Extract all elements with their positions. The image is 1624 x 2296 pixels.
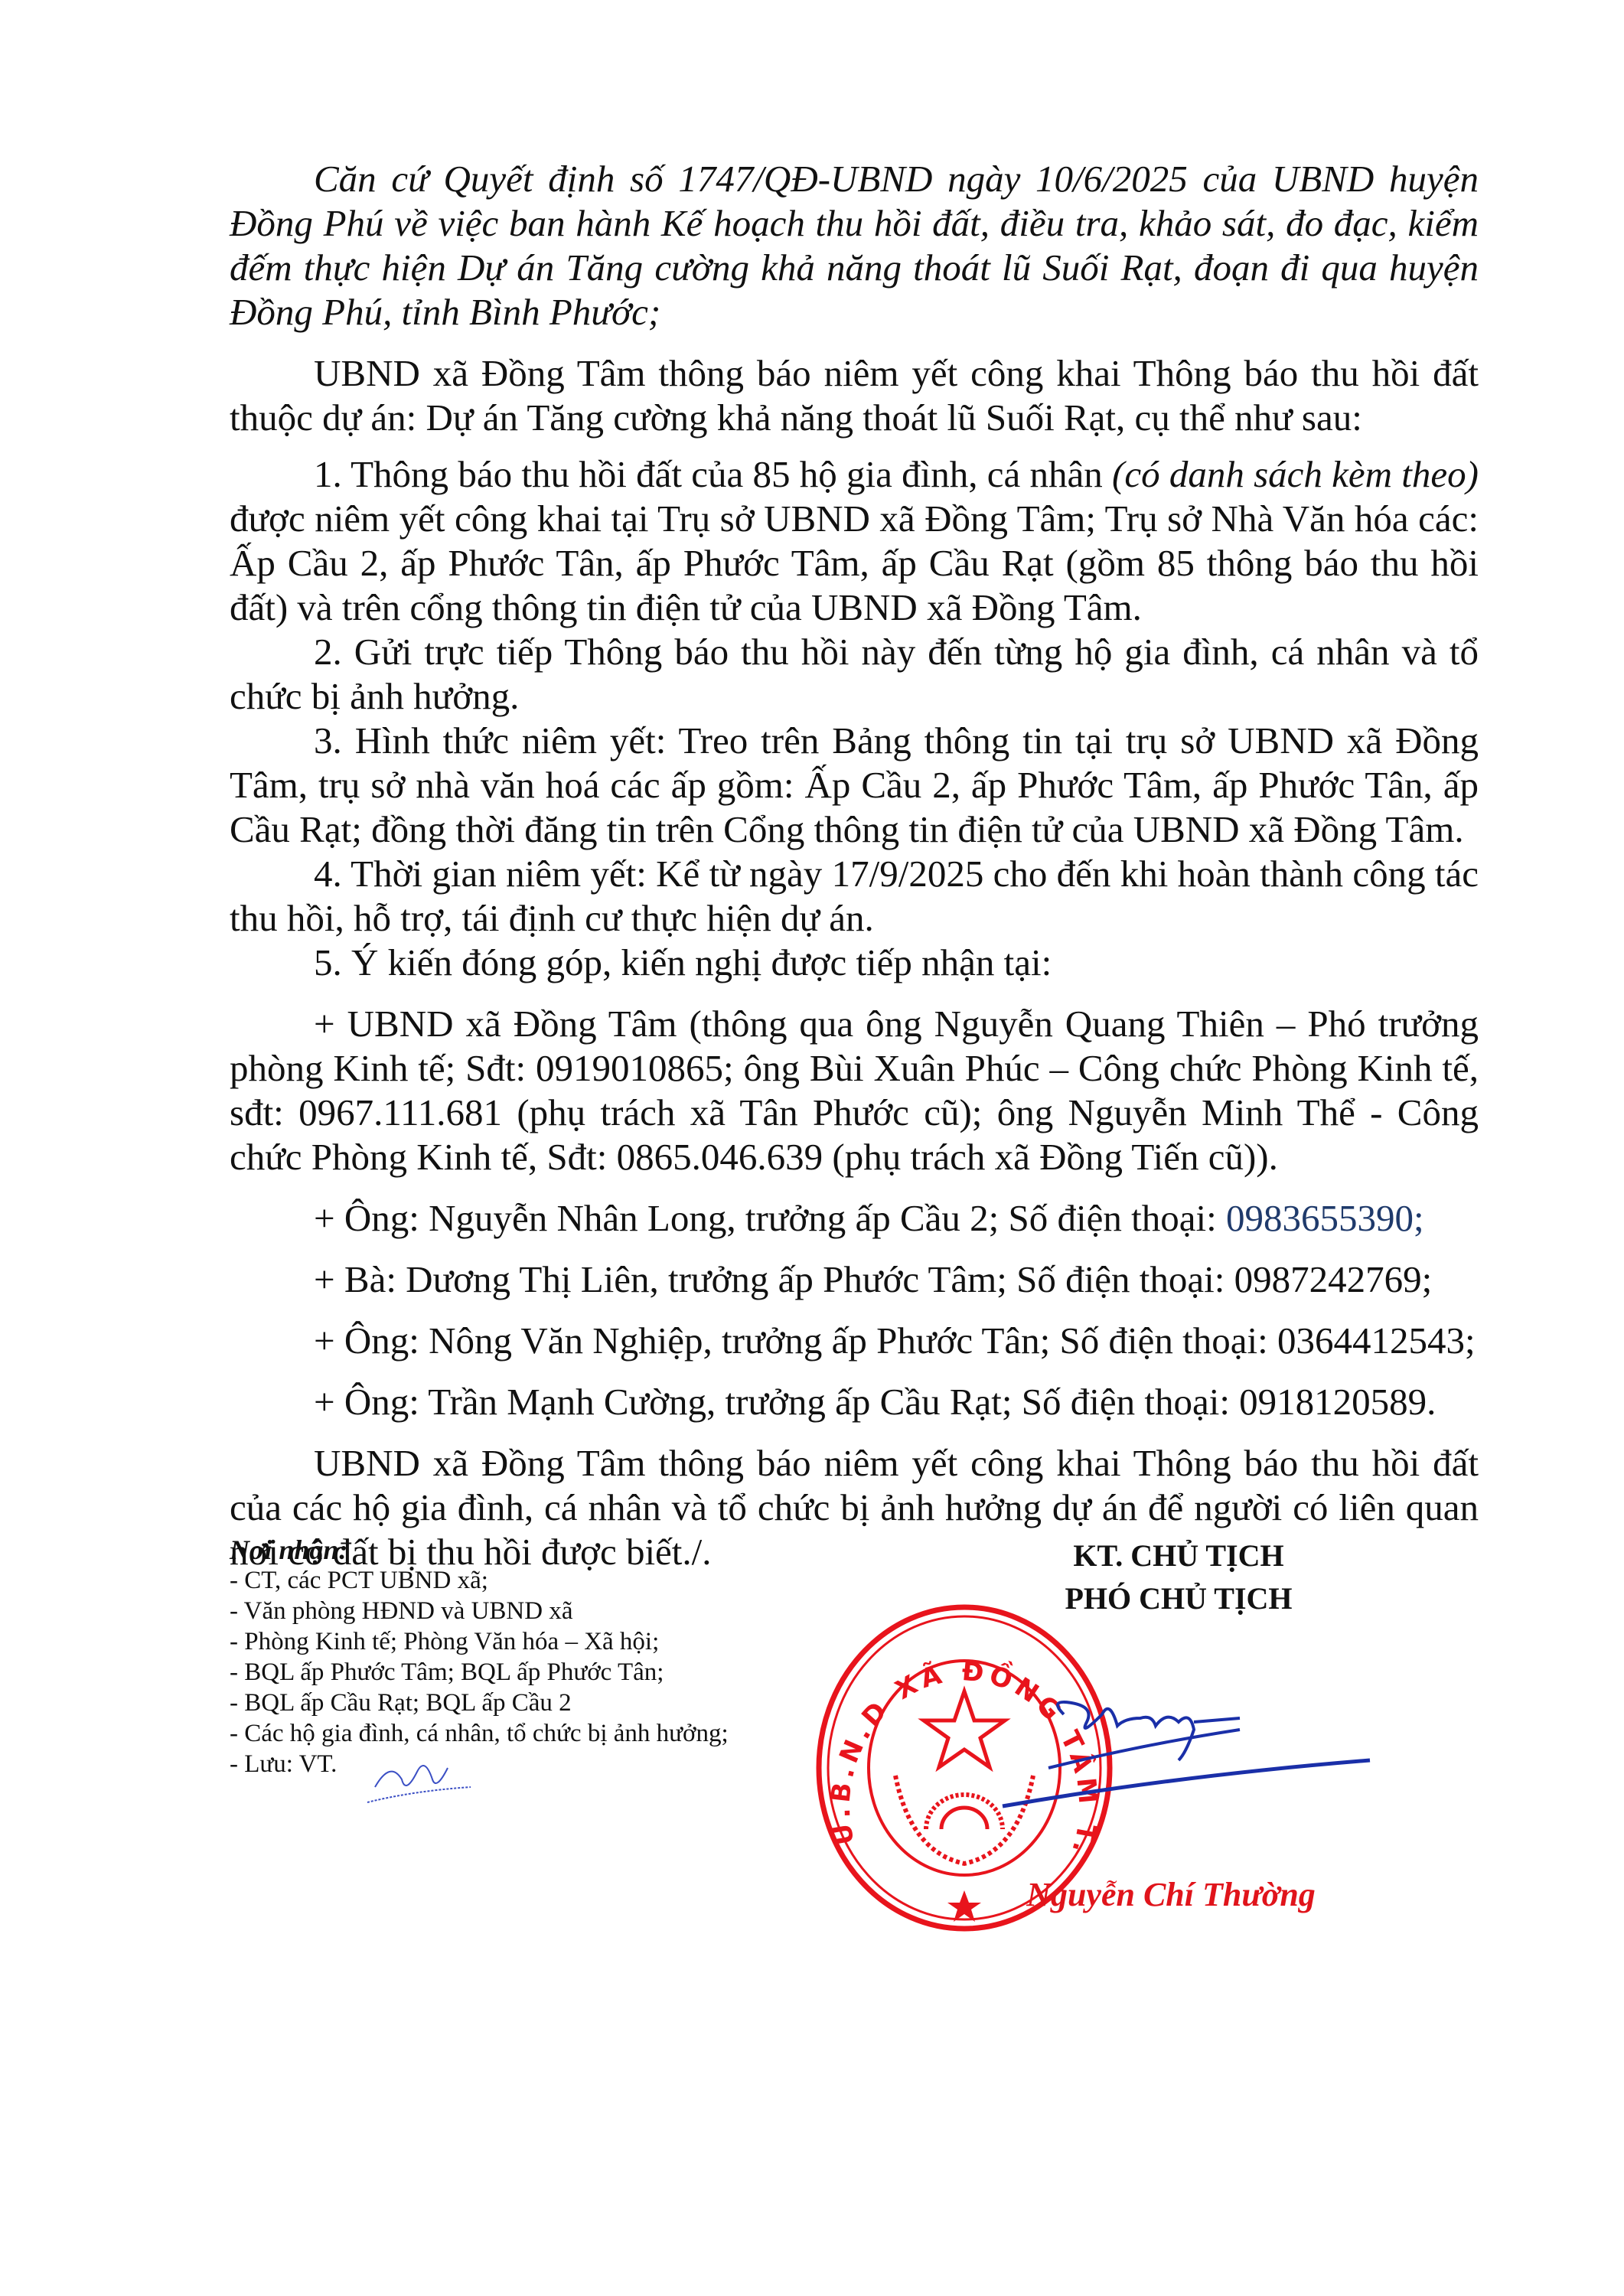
signer-name: Nguyễn Chí Thường: [957, 1875, 1385, 1914]
recipient-item: - Phòng Kinh tế; Phòng Văn hóa – Xã hội;: [230, 1626, 857, 1657]
recipient-item: - CT, các PCT UBND xã;: [230, 1565, 857, 1596]
contact-cau-2: + Ông: Nguyễn Nhân Long, trưởng ấp Cầu 2…: [230, 1196, 1479, 1241]
contact-phuoc-tan: + Ông: Nông Văn Nghiệp, trưởng ấp Phước …: [230, 1319, 1479, 1363]
item-1: 1. Thông báo thu hồi đất của 85 hộ gia đ…: [230, 452, 1479, 630]
phone-link: 0983655390;: [1226, 1197, 1424, 1239]
recipient-item: - BQL ấp Cầu Rạt; BQL ấp Cầu 2: [230, 1688, 857, 1718]
recipients-block: Nơi nhận: - CT, các PCT UBND xã; - Văn p…: [230, 1534, 857, 1779]
contact-ubnd: + UBND xã Đồng Tâm (thông qua ông Nguyễn…: [230, 1002, 1479, 1179]
recipient-item: - Văn phòng HĐND và UBND xã: [230, 1596, 857, 1626]
preamble-paragraph: Căn cứ Quyết định số 1747/QĐ-UBND ngày 1…: [230, 157, 1479, 334]
recipient-item: - BQL ấp Phước Tâm; BQL ấp Phước Tân;: [230, 1657, 857, 1688]
intro-paragraph: UBND xã Đồng Tâm thông báo niêm yết công…: [230, 351, 1479, 440]
recipient-item: - Các hộ gia đình, cá nhân, tổ chức bị ả…: [230, 1718, 857, 1749]
contact-cau-rat: + Ông: Trần Mạnh Cường, trưởng ấp Cầu Rạ…: [230, 1380, 1479, 1424]
initials-signature-icon: [360, 1756, 474, 1810]
recipient-item: - Lưu: VT.: [230, 1749, 857, 1779]
document-body: Căn cứ Quyết định số 1747/QĐ-UBND ngày 1…: [230, 157, 1479, 1574]
item-5: 5. Ý kiến đóng góp, kiến nghị được tiếp …: [230, 941, 1479, 985]
item-4: 4. Thời gian niêm yết: Kể từ ngày 17/9/2…: [230, 852, 1479, 941]
handwritten-signature-icon: [987, 1684, 1385, 1814]
item-2: 2. Gửi trực tiếp Thông báo thu hồi này đ…: [230, 630, 1479, 719]
recipients-title: Nơi nhận:: [230, 1534, 857, 1565]
item-3: 3. Hình thức niêm yết: Treo trên Bảng th…: [230, 719, 1479, 852]
signature-title-1: KT. CHỦ TỊCH: [1003, 1534, 1355, 1577]
contact-phuoc-tam: + Bà: Dương Thị Liên, trưởng ấp Phước Tâ…: [230, 1257, 1479, 1302]
